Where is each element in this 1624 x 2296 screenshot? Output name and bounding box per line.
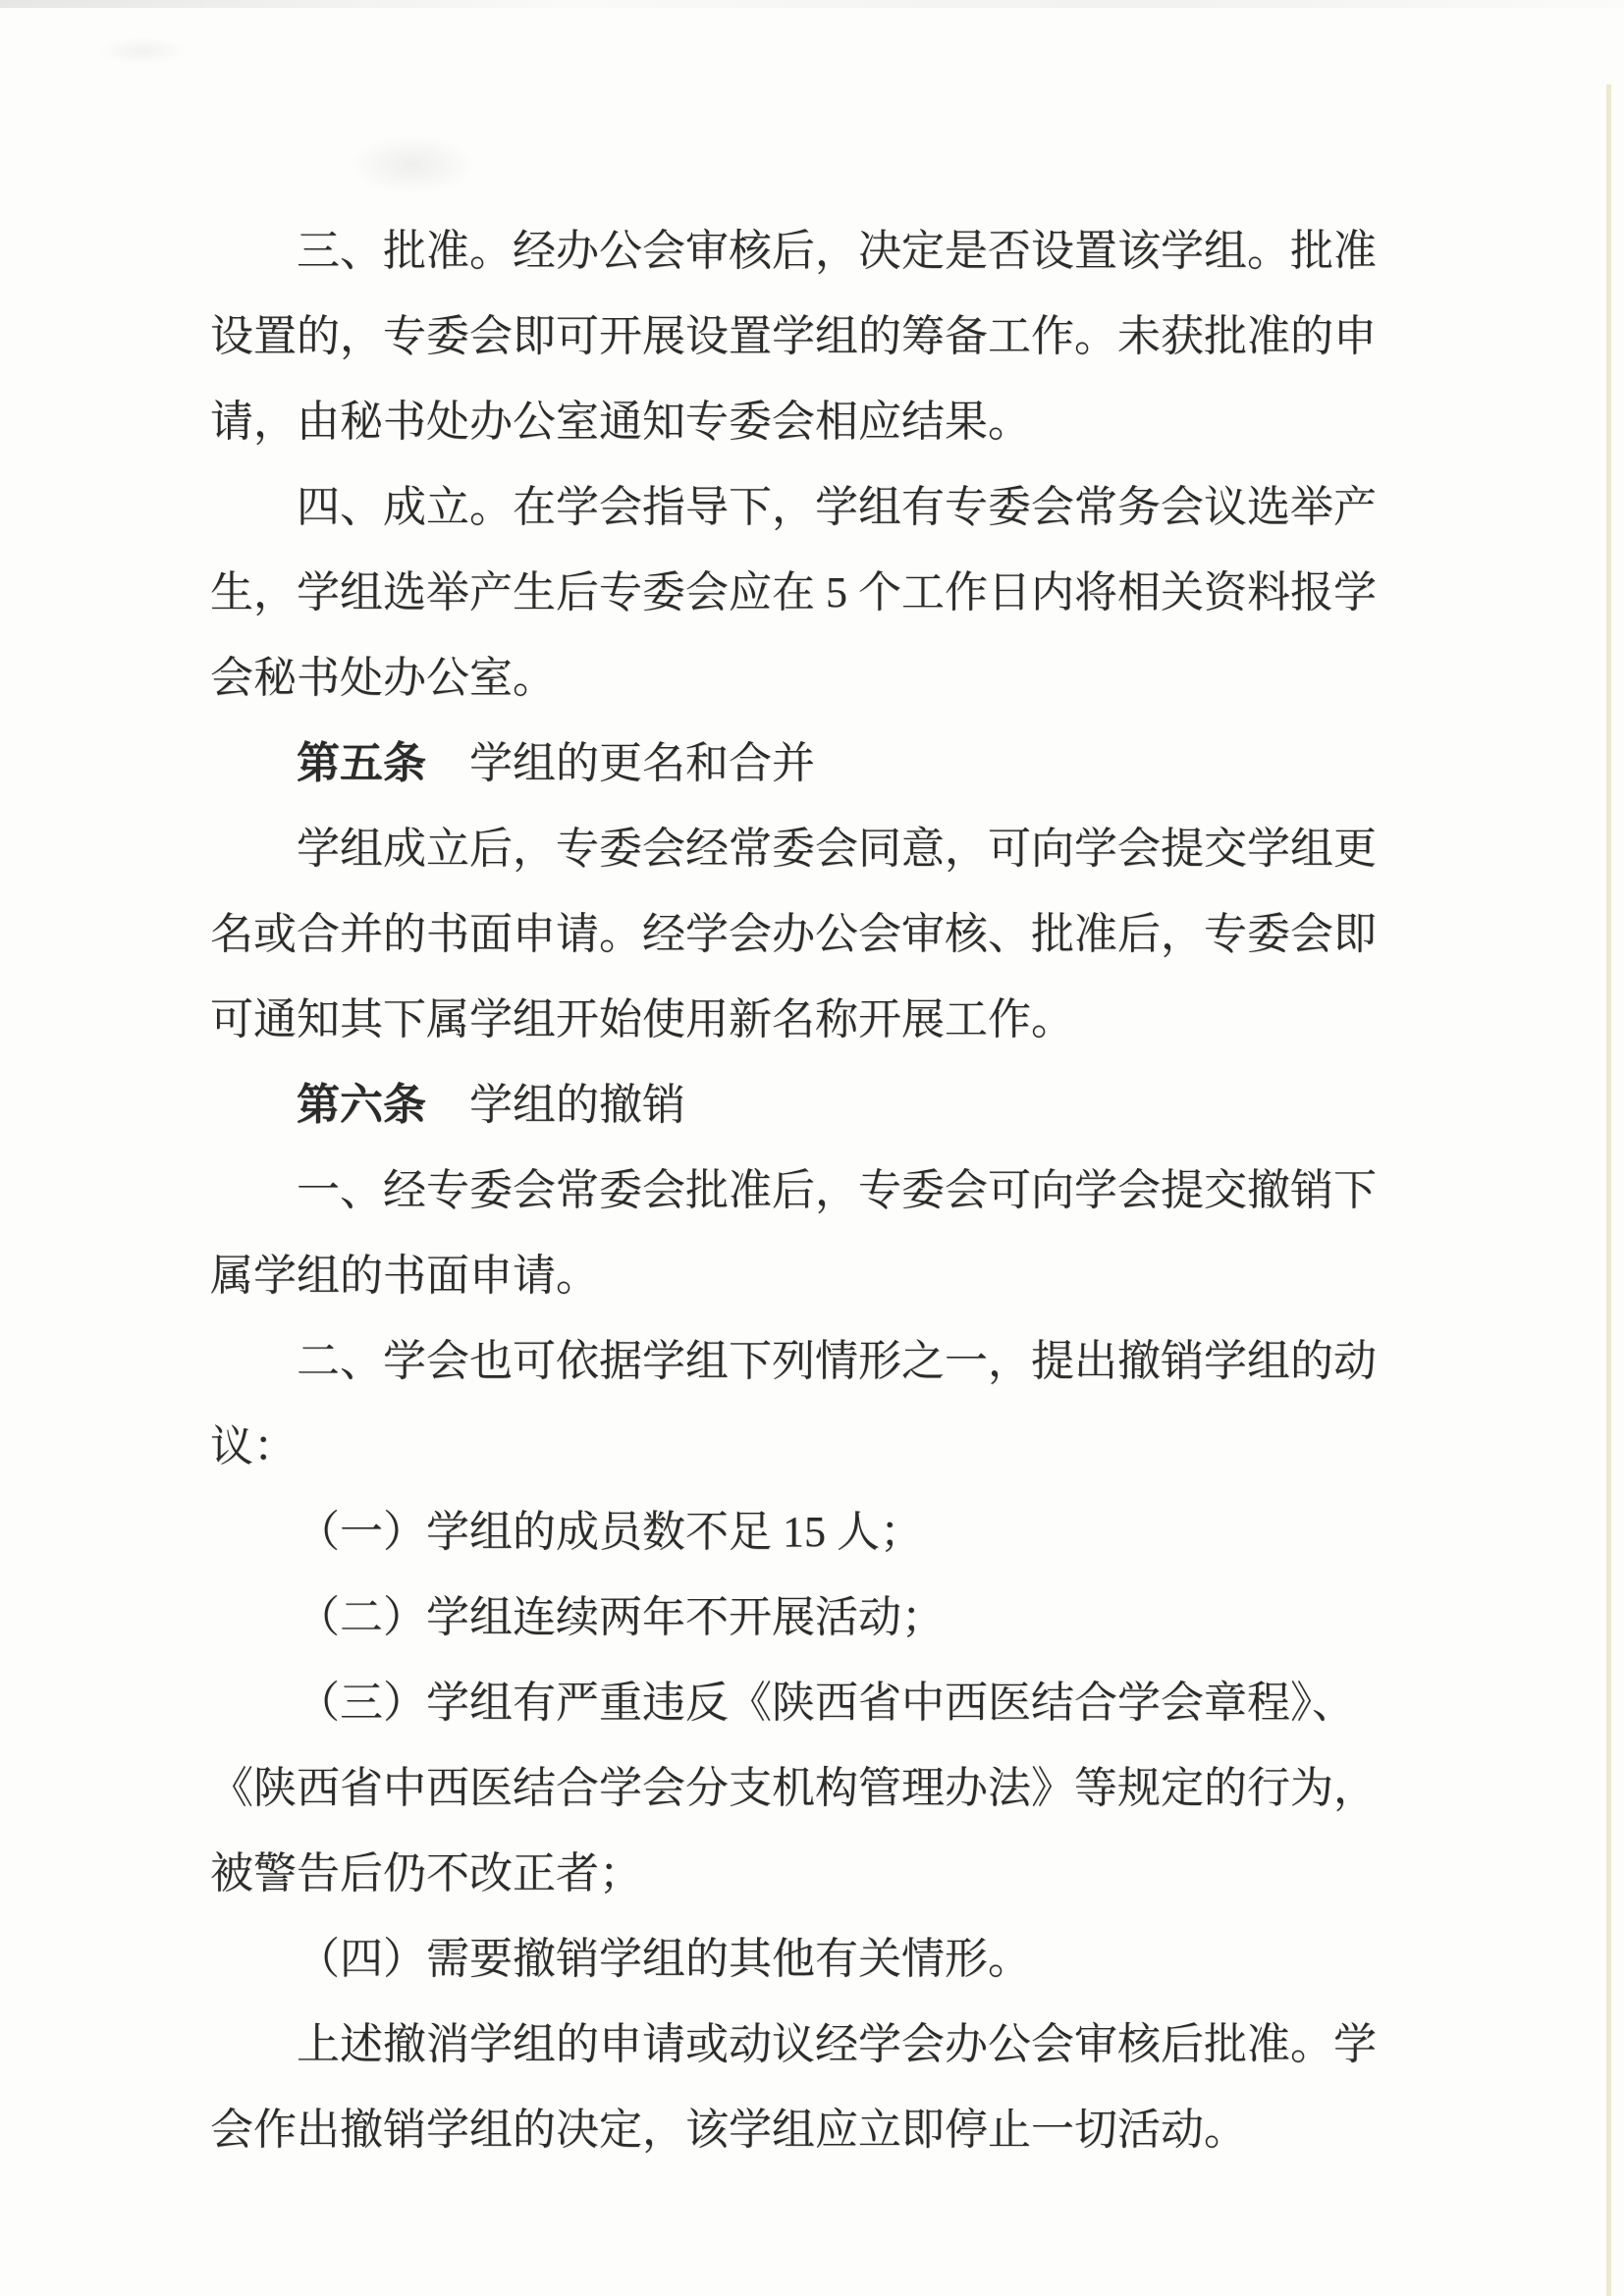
line-text: 名或合并的书面申请。经学会办公会审核、批准后，专委会即 bbox=[210, 910, 1377, 958]
line-text: （四）需要撤销学组的其他有关情形。 bbox=[297, 1935, 1031, 1983]
line-text: 议： bbox=[210, 1422, 297, 1470]
text-line: 二、学会也可依据学组下列情形之一，提出撤销学组的动 bbox=[210, 1318, 1384, 1404]
text-line: 上述撤消学组的申请或动议经学会办公会审核后批准。学 bbox=[210, 2002, 1384, 2087]
document-page: 三、批准。经办公会审核后，决定是否设置该学组。批准设置的，专委会即可开展设置学组… bbox=[0, 0, 1624, 2296]
scan-edge-artifact bbox=[1606, 84, 1611, 2296]
scan-smudge bbox=[349, 135, 476, 194]
text-line: 被警告后仍不改正者； bbox=[210, 1831, 1384, 1916]
line-text: 会秘书处办公室。 bbox=[210, 654, 556, 702]
text-line: （二）学组连续两年不开展活动； bbox=[210, 1575, 1384, 1660]
document-body: 三、批准。经办公会审核后，决定是否设置该学组。批准设置的，专委会即可开展设置学组… bbox=[210, 208, 1384, 2172]
line-text: 三、批准。经办公会审核后，决定是否设置该学组。批准 bbox=[297, 227, 1377, 275]
line-text: 四、成立。在学会指导下，学组有专委会常务会议选举产 bbox=[297, 483, 1377, 531]
line-text: 学组的撤销 bbox=[426, 1081, 685, 1129]
text-line: 一、经专委会常委会批准后，专委会可向学会提交撤销下 bbox=[210, 1148, 1384, 1233]
line-text: （三）学组有严重违反《陕西省中西医结合学会章程》、 bbox=[297, 1679, 1355, 1727]
line-text: 属学组的书面申请。 bbox=[210, 1252, 599, 1300]
scan-top-smudge bbox=[0, 0, 1624, 8]
line-text: 学组成立后，专委会经常委会同意，可向学会提交学组更 bbox=[297, 825, 1377, 873]
article-heading-line: 第五条 学组的更名和合并 bbox=[210, 721, 1384, 806]
article-heading-line: 第六条 学组的撤销 bbox=[210, 1062, 1384, 1148]
text-line: 可通知其下属学组开始使用新名称开展工作。 bbox=[210, 977, 1384, 1062]
text-line: （四）需要撤销学组的其他有关情形。 bbox=[210, 1916, 1384, 2002]
text-line: 会秘书处办公室。 bbox=[210, 635, 1384, 721]
text-line: 《陕西省中西医结合学会分支机构管理办法》等规定的行为， bbox=[210, 1745, 1384, 1831]
line-text: 请，由秘书处办公室通知专委会相应结果。 bbox=[210, 398, 1031, 446]
scan-smudge bbox=[98, 37, 187, 65]
text-line: 属学组的书面申请。 bbox=[210, 1233, 1384, 1318]
text-line: 学组成立后，专委会经常委会同意，可向学会提交学组更 bbox=[210, 806, 1384, 891]
article-number: 第六条 bbox=[297, 1081, 426, 1129]
text-line: 请，由秘书处办公室通知专委会相应结果。 bbox=[210, 379, 1384, 464]
article-number: 第五条 bbox=[297, 739, 426, 787]
line-text: 可通知其下属学组开始使用新名称开展工作。 bbox=[210, 995, 1074, 1043]
line-text: 被警告后仍不改正者； bbox=[210, 1849, 642, 1897]
line-text: 会作出撤销学组的决定，该学组应立即停止一切活动。 bbox=[210, 2106, 1247, 2154]
line-text: 上述撤消学组的申请或动议经学会办公会审核后批准。学 bbox=[297, 2020, 1377, 2068]
line-text: 设置的，专委会即可开展设置学组的筹备工作。未获批准的申 bbox=[210, 312, 1377, 360]
line-text: 二、学会也可依据学组下列情形之一，提出撤销学组的动 bbox=[297, 1337, 1377, 1385]
line-text: 《陕西省中西医结合学会分支机构管理办法》等规定的行为， bbox=[210, 1764, 1377, 1812]
text-line: （三）学组有严重违反《陕西省中西医结合学会章程》、 bbox=[210, 1660, 1384, 1745]
line-text: 学组的更名和合并 bbox=[426, 739, 815, 787]
text-line: 名或合并的书面申请。经学会办公会审核、批准后，专委会即 bbox=[210, 891, 1384, 977]
text-line: 三、批准。经办公会审核后，决定是否设置该学组。批准 bbox=[210, 208, 1384, 294]
text-line: 议： bbox=[210, 1404, 1384, 1489]
text-line: 四、成立。在学会指导下，学组有专委会常务会议选举产 bbox=[210, 464, 1384, 550]
text-line: 会作出撤销学组的决定，该学组应立即停止一切活动。 bbox=[210, 2087, 1384, 2172]
text-line: 生，学组选举产生后专委会应在 5 个工作日内将相关资料报学 bbox=[210, 550, 1384, 635]
line-text: 生，学组选举产生后专委会应在 5 个工作日内将相关资料报学 bbox=[210, 568, 1377, 616]
text-line: 设置的，专委会即可开展设置学组的筹备工作。未获批准的申 bbox=[210, 294, 1384, 379]
line-text: （一）学组的成员数不足 15 人； bbox=[297, 1508, 923, 1556]
line-text: 一、经专委会常委会批准后，专委会可向学会提交撤销下 bbox=[297, 1166, 1377, 1214]
text-line: （一）学组的成员数不足 15 人； bbox=[210, 1489, 1384, 1575]
line-text: （二）学组连续两年不开展活动； bbox=[297, 1593, 945, 1641]
